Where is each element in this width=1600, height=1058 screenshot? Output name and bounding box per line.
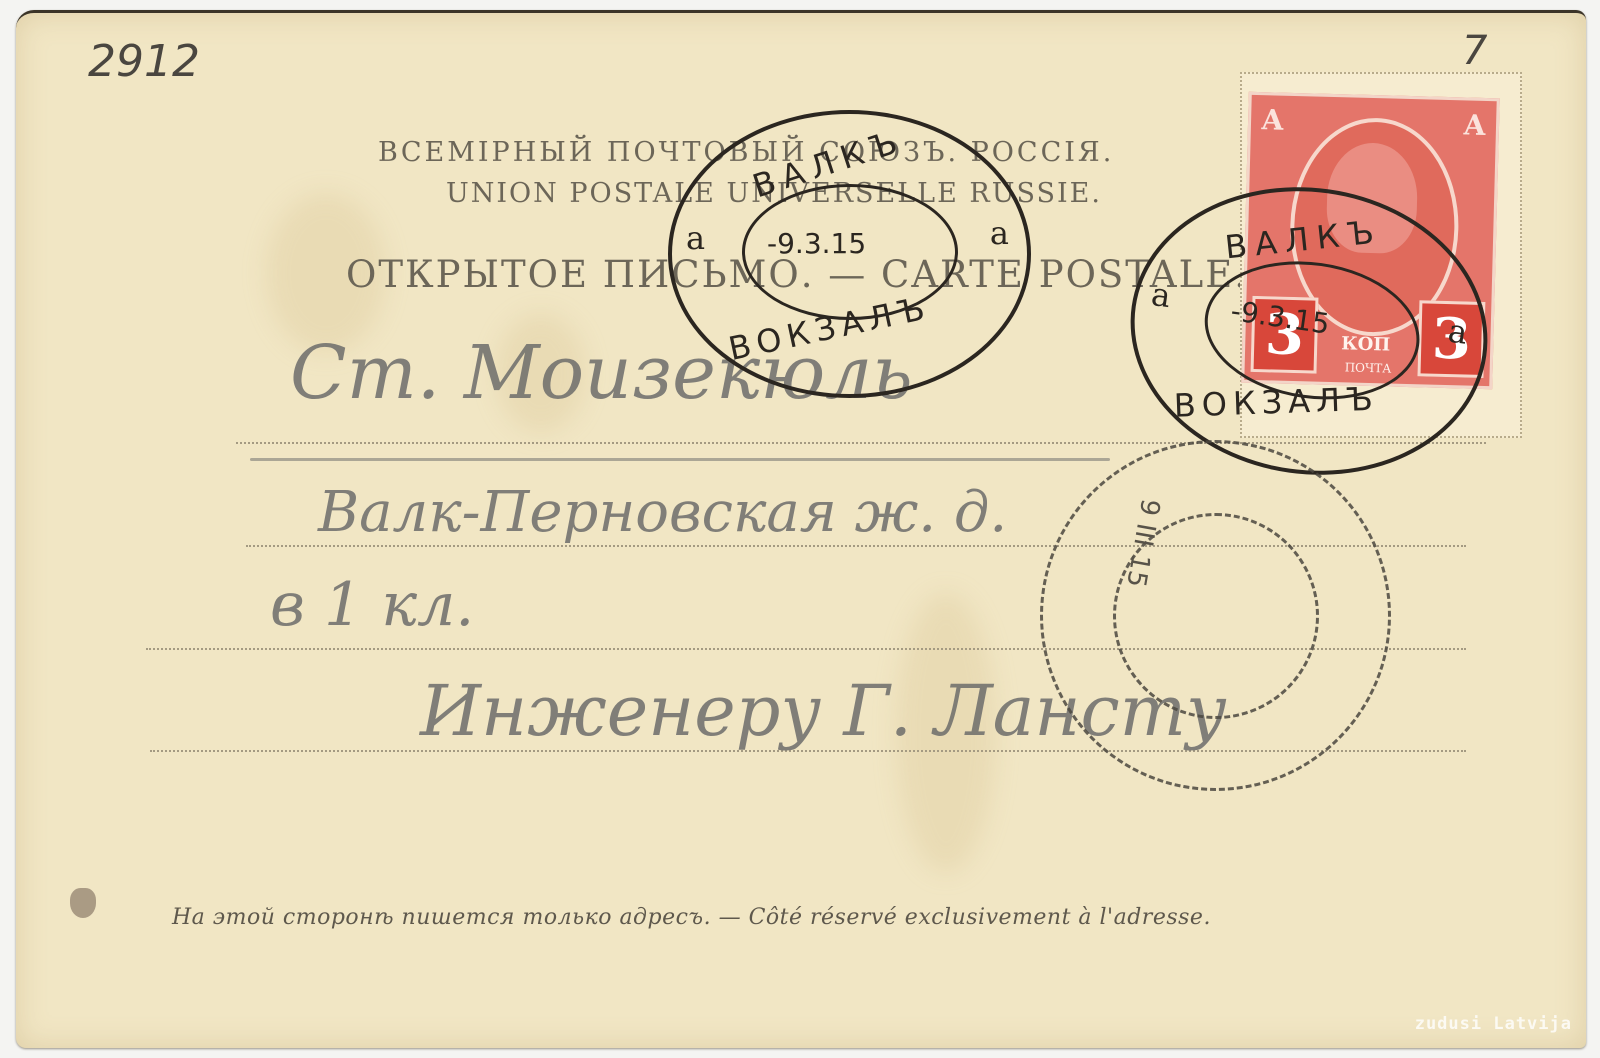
printer-ornament-icon bbox=[70, 888, 96, 918]
underline-stroke bbox=[250, 458, 1110, 461]
postmark-letter: a bbox=[686, 219, 705, 257]
postmark-letter: a bbox=[1446, 312, 1470, 352]
stamp-corner-letter: А bbox=[1463, 108, 1487, 142]
receiving-postmark: 9 III 15 bbox=[1040, 440, 1391, 791]
postmark-letter: a bbox=[1149, 275, 1173, 315]
footer-note: На этой сторонѣ пишется только адресъ. —… bbox=[172, 905, 1211, 930]
postmark-oval: ВАЛКЪ ВОКЗАЛЪ a a -9.3.15 bbox=[668, 110, 1031, 398]
address-line-2: Валк-Перновская ж. д. bbox=[318, 480, 1007, 545]
watermark: zudusi Latvija bbox=[1415, 1014, 1572, 1034]
postmark-town: ВАЛКЪ bbox=[1223, 212, 1383, 266]
postmark-station: ВОКЗАЛЪ bbox=[1173, 380, 1379, 425]
address-line-3: в 1 кл. bbox=[270, 570, 474, 640]
postmark-letter: a bbox=[990, 214, 1009, 252]
pencil-note-top-right: 7 bbox=[1462, 28, 1487, 74]
pencil-note-top-left: 2912 bbox=[88, 36, 200, 87]
postmark-date: -9.3.15 bbox=[767, 227, 866, 260]
stamp-corner-letter: А bbox=[1261, 103, 1285, 137]
